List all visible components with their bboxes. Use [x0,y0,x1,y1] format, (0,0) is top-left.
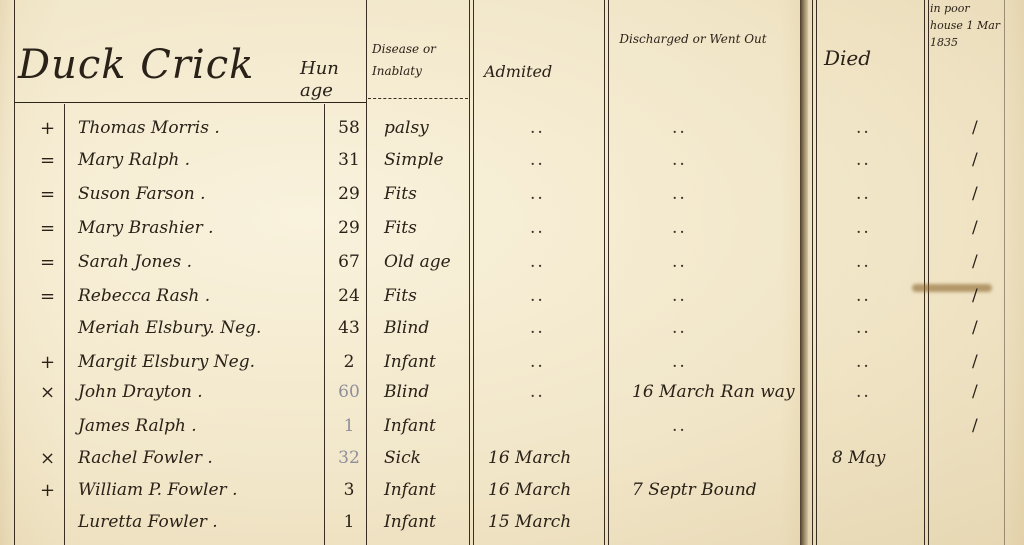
row-mark: × [40,448,66,469]
admitted-value: .. [530,218,545,238]
discharged-value: .. [672,416,687,436]
died-value: 8 May [832,448,885,468]
row-mark: = [40,286,66,307]
disease-value: Infant [384,416,436,436]
ledger-row: × John Drayton . 60 Blind .. 16 March Ra… [0,382,1024,416]
row-mark: = [40,184,66,205]
disease-value: Fits [384,286,417,306]
pauper-name: Mary Ralph . [78,150,190,170]
discharged-value: .. [672,252,687,272]
discharged-value: 7 Septr Bound [632,480,757,500]
died-value: .. [856,252,871,272]
admitted-value: .. [530,252,545,272]
ledger-row: James Ralph . 1 Infant .. / [0,416,1024,450]
poorhouse-header: in poor house 1 Mar 1835 [930,0,1006,51]
age-value: 1 [330,416,368,436]
discharged-value: 16 March Ran way [632,382,795,402]
died-header: Died [824,46,871,70]
disease-value: Simple [384,150,444,170]
pauper-name: Margit Elsbury Neg. [78,352,255,372]
disease-value: Sick [384,448,421,468]
admitted-value: .. [530,382,545,402]
ledger-page: Duck Crick Hun age Disease or Inablaty A… [0,0,1024,545]
ledger-row: = Mary Ralph . 31 Simple .. .. .. / [0,150,1024,184]
row-mark: + [40,352,66,373]
age-value: 60 [330,382,368,402]
age-value: 43 [330,318,368,338]
discharged-value: .. [672,352,687,372]
admitted-value: .. [530,286,545,306]
admitted-value: .. [530,318,545,338]
poorhouse-count: / [972,318,978,338]
disease-value: Fits [384,184,417,204]
ledger-row: Luretta Fowler . 1 Infant 15 March [0,512,1024,545]
ledger-row: = Rebecca Rash . 24 Fits .. .. .. / [0,286,1024,320]
row-mark: = [40,252,66,273]
poorhouse-count: / [972,352,978,372]
admitted-value: .. [530,184,545,204]
admitted-value: 16 March [488,480,571,500]
disease-value: Fits [384,218,417,238]
age-value: 58 [330,118,368,138]
died-value: .. [856,150,871,170]
admitted-value: .. [530,352,545,372]
pauper-name: Mary Brashier . [78,218,214,238]
ledger-row: = Sarah Jones . 67 Old age .. .. .. / [0,252,1024,286]
ledger-row: = Suson Farson . 29 Fits .. .. .. / [0,184,1024,218]
ledger-row: + Margit Elsbury Neg. 2 Infant .. .. .. … [0,352,1024,386]
ledger-row: = Mary Brashier . 29 Fits .. .. .. / [0,218,1024,252]
age-value: 29 [330,184,368,204]
died-value: .. [856,218,871,238]
age-value: 24 [330,286,368,306]
pauper-name: William P. Fowler . [78,480,237,500]
pauper-name: John Drayton . [78,382,203,402]
age-value: 32 [330,448,368,468]
discharged-value: .. [672,118,687,138]
admitted-value: 16 March [488,448,571,468]
age-value: 31 [330,150,368,170]
disease-value: Blind [384,318,429,338]
discharged-value: .. [672,184,687,204]
disease-value: Old age [384,252,451,272]
disease-value: palsy [384,118,429,138]
admitted-value: .. [530,118,545,138]
ledger-row: + William P. Fowler . 3 Infant 16 March … [0,480,1024,514]
pauper-name: Rachel Fowler . [78,448,213,468]
poorhouse-count: / [972,416,978,436]
died-value: .. [856,286,871,306]
header-dash-rule [368,98,468,99]
admitted-value: 15 March [488,512,571,532]
died-value: .. [856,352,871,372]
disease-value: Infant [384,352,436,372]
poorhouse-count: / [972,184,978,204]
header-rule [14,102,366,103]
poorhouse-count: / [972,382,978,402]
poorhouse-count: / [972,252,978,272]
poorhouse-count: / [972,150,978,170]
row-mark: = [40,150,66,171]
died-value: .. [856,118,871,138]
age-value: 3 [330,480,368,500]
admitted-header: Admited [484,62,552,81]
pauper-name: Meriah Elsbury. Neg. [78,318,261,338]
discharged-value: .. [672,318,687,338]
pauper-name: Thomas Morris . [78,118,220,138]
pauper-name: Suson Farson . [78,184,206,204]
age-value: 1 [330,512,368,532]
age-header: Hun age [300,58,364,102]
row-mark: + [40,118,66,139]
age-value: 67 [330,252,368,272]
disease-value: Blind [384,382,429,402]
died-value: .. [856,184,871,204]
poorhouse-count: / [972,286,978,306]
disease-header: Disease or Inablaty [372,38,468,82]
age-value: 29 [330,218,368,238]
pauper-name: Luretta Fowler . [78,512,218,532]
pauper-name: James Ralph . [78,416,197,436]
discharged-value: .. [672,218,687,238]
row-mark: + [40,480,66,501]
ledger-row: + Thomas Morris . 58 palsy .. .. .. / [0,118,1024,152]
pauper-name: Rebecca Rash . [78,286,210,306]
discharged-header: Discharged or Went Out [618,20,768,58]
died-value: .. [856,382,871,402]
disease-value: Infant [384,480,436,500]
age-value: 2 [330,352,368,372]
pauper-name: Sarah Jones . [78,252,192,272]
died-value: .. [856,318,871,338]
discharged-value: .. [672,150,687,170]
ledger-row: × Rachel Fowler . 32 Sick 16 March 8 May [0,448,1024,482]
ledger-row: Meriah Elsbury. Neg. 43 Blind .. .. .. / [0,318,1024,352]
poorhouse-count: / [972,218,978,238]
row-mark: × [40,382,66,403]
admitted-value: .. [530,150,545,170]
discharged-value: .. [672,286,687,306]
poorhouse-count: / [972,118,978,138]
district-title: Duck Crick [18,42,254,88]
row-mark: = [40,218,66,239]
disease-value: Infant [384,512,436,532]
